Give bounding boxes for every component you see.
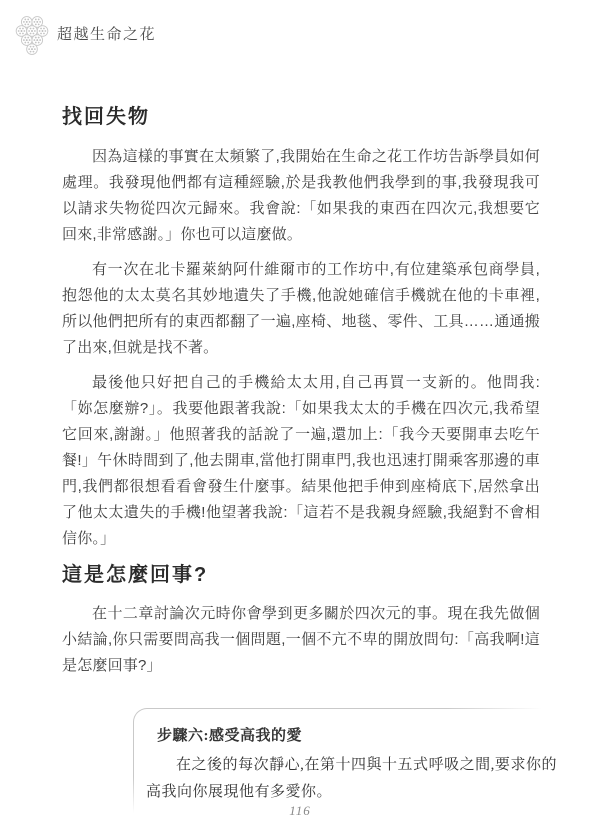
section-heading-what-happened: 這是怎麼回事? — [62, 561, 540, 589]
step-box-title: 步驟六:感受高我的愛 — [157, 724, 557, 748]
book-page: 超越生命之花 找回失物 因為這樣的事實在太頻繁了,我開始在生命之花工作坊告訴學員… — [0, 0, 600, 832]
border-fade-right — [446, 708, 566, 710]
paragraph: 最後他只好把自己的手機給太太用,自己再買一支新的。他問我:「妳怎麼辦?」。我要他… — [62, 370, 540, 552]
step-callout-box: 步驟六:感受高我的愛 在之後的每次靜心,在第十四與十五式呼吸之間,要求你的高我向… — [133, 708, 565, 818]
book-title: 超越生命之花 — [57, 23, 156, 44]
paragraph: 在十二章討論次元時你會學到更多關於四次元的事。現在我先做個小結論,你只需要問高我… — [62, 601, 540, 679]
flower-of-life-icon — [11, 6, 53, 56]
page-header: 超越生命之花 — [11, 6, 156, 56]
step-box-text: 在之後的每次靜心,在第十四與十五式呼吸之間,要求你的高我向你展現他有多愛你。 — [146, 752, 557, 806]
paragraph: 有一次在北卡羅萊納阿什維爾市的工作坊中,有位建築承包商學員,抱怨他的太太莫名其妙… — [62, 257, 540, 361]
paragraph: 因為這樣的事實在太頻繁了,我開始在生命之花工作坊告訴學員如何處理。我發現他們都有… — [62, 144, 540, 248]
page-number: 116 — [0, 803, 600, 819]
section-heading-lost-items: 找回失物 — [62, 103, 540, 131]
page-body: 找回失物 因為這樣的事實在太頻繁了,我開始在生命之花工作坊告訴學員如何處理。我發… — [62, 103, 540, 818]
